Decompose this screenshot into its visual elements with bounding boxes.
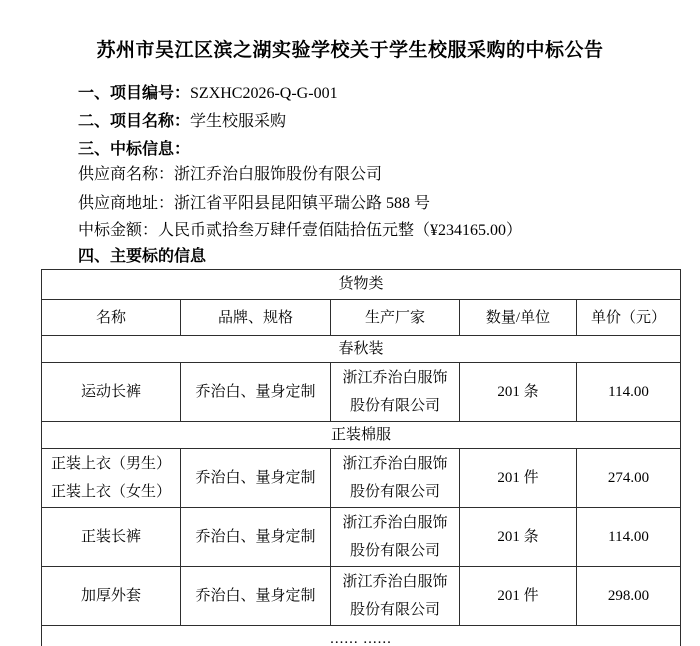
item-row: 加厚外套乔治白、量身定制浙江乔治白服饰股份有限公司201 件298.00 xyxy=(42,567,681,626)
table-footer-cell: ...... ...... xyxy=(42,626,681,646)
table-footer-row: ...... ...... xyxy=(42,626,681,646)
project-number-value: SZXHC2026-Q-G-001 xyxy=(190,85,338,102)
column-header-3: 数量/单位 xyxy=(460,300,577,336)
bid-info-heading: 三、中标信息： xyxy=(78,141,700,159)
item-quantity-cell: 201 条 xyxy=(460,508,577,567)
item-price-cell: 114.00 xyxy=(577,363,681,422)
supplier-address-label: 供应商地址： xyxy=(78,195,174,212)
item-price-cell: 274.00 xyxy=(577,449,681,508)
project-name-value: 学生校服采购 xyxy=(190,113,286,130)
item-manufacturer-cell: 浙江乔治白服饰股份有限公司 xyxy=(331,449,460,508)
item-manufacturer-cell: 浙江乔治白服饰股份有限公司 xyxy=(331,508,460,567)
group-header-row: 春秋装 xyxy=(42,336,681,363)
item-price-cell: 114.00 xyxy=(577,508,681,567)
group-header-cell: 正装棉服 xyxy=(42,422,681,449)
column-header-0: 名称 xyxy=(42,300,181,336)
item-brand-cell: 乔治白、量身定制 xyxy=(181,449,331,508)
supplier-address-value: 浙江省平阳县昆阳镇平瑞公路 588 号 xyxy=(174,195,430,212)
item-manufacturer-cell: 浙江乔治白服饰股份有限公司 xyxy=(331,363,460,422)
item-row: 正装上衣（男生）正装上衣（女生）乔治白、量身定制浙江乔治白服饰股份有限公司201… xyxy=(42,449,681,508)
group-header-cell: 春秋装 xyxy=(42,336,681,363)
bid-amount-line: 中标金额：人民币贰拾叁万肆仟壹佰陆拾伍元整（¥234165.00） xyxy=(78,222,700,240)
group-header-row: 正装棉服 xyxy=(42,422,681,449)
supplier-name-value: 浙江乔治白服饰股份有限公司 xyxy=(174,166,382,183)
column-header-4: 单价（元） xyxy=(577,300,681,336)
supplier-name-label: 供应商名称： xyxy=(78,166,174,183)
column-header-1: 品牌、规格 xyxy=(181,300,331,336)
item-quantity-cell: 201 件 xyxy=(460,449,577,508)
bid-amount-label: 中标金额： xyxy=(78,222,158,239)
project-number-label: 一、项目编号： xyxy=(78,85,190,102)
item-row: 运动长裤乔治白、量身定制浙江乔治白服饰股份有限公司201 条114.00 xyxy=(42,363,681,422)
category-row: 货物类 xyxy=(42,270,681,300)
item-quantity-cell: 201 条 xyxy=(460,363,577,422)
main-items-heading: 四、主要标的信息 xyxy=(78,248,700,266)
item-price-cell: 298.00 xyxy=(577,567,681,626)
item-manufacturer-cell: 浙江乔治白服饰股份有限公司 xyxy=(331,567,460,626)
supplier-name-line: 供应商名称：浙江乔治白服饰股份有限公司 xyxy=(78,166,700,184)
project-name-line: 二、项目名称：学生校服采购 xyxy=(78,113,700,131)
category-cell: 货物类 xyxy=(42,270,681,300)
column-header-2: 生产厂家 xyxy=(331,300,460,336)
item-name-cell: 正装长裤 xyxy=(42,508,181,567)
page-title: 苏州市吴江区滨之湖实验学校关于学生校服采购的中标公告 xyxy=(0,0,700,64)
item-brand-cell: 乔治白、量身定制 xyxy=(181,567,331,626)
bid-info-label: 三、中标信息： xyxy=(78,141,190,158)
project-name-label: 二、项目名称： xyxy=(78,113,190,130)
items-table: 货物类名称品牌、规格生产厂家数量/单位单价（元）春秋装运动长裤乔治白、量身定制浙… xyxy=(41,269,681,646)
announcement-document: 苏州市吴江区滨之湖实验学校关于学生校服采购的中标公告 一、项目编号：SZXHC2… xyxy=(0,0,700,646)
item-brand-cell: 乔治白、量身定制 xyxy=(181,363,331,422)
column-header-row: 名称品牌、规格生产厂家数量/单位单价（元） xyxy=(42,300,681,336)
bid-amount-value: 人民币贰拾叁万肆仟壹佰陆拾伍元整（¥234165.00） xyxy=(158,222,522,239)
project-number-line: 一、项目编号：SZXHC2026-Q-G-001 xyxy=(78,85,700,103)
item-name-cell: 正装上衣（男生）正装上衣（女生） xyxy=(42,449,181,508)
item-name-cell: 运动长裤 xyxy=(42,363,181,422)
item-name-cell: 加厚外套 xyxy=(42,567,181,626)
item-brand-cell: 乔治白、量身定制 xyxy=(181,508,331,567)
supplier-address-line: 供应商地址：浙江省平阳县昆阳镇平瑞公路 588 号 xyxy=(78,195,700,213)
item-row: 正装长裤乔治白、量身定制浙江乔治白服饰股份有限公司201 条114.00 xyxy=(42,508,681,567)
item-quantity-cell: 201 件 xyxy=(460,567,577,626)
